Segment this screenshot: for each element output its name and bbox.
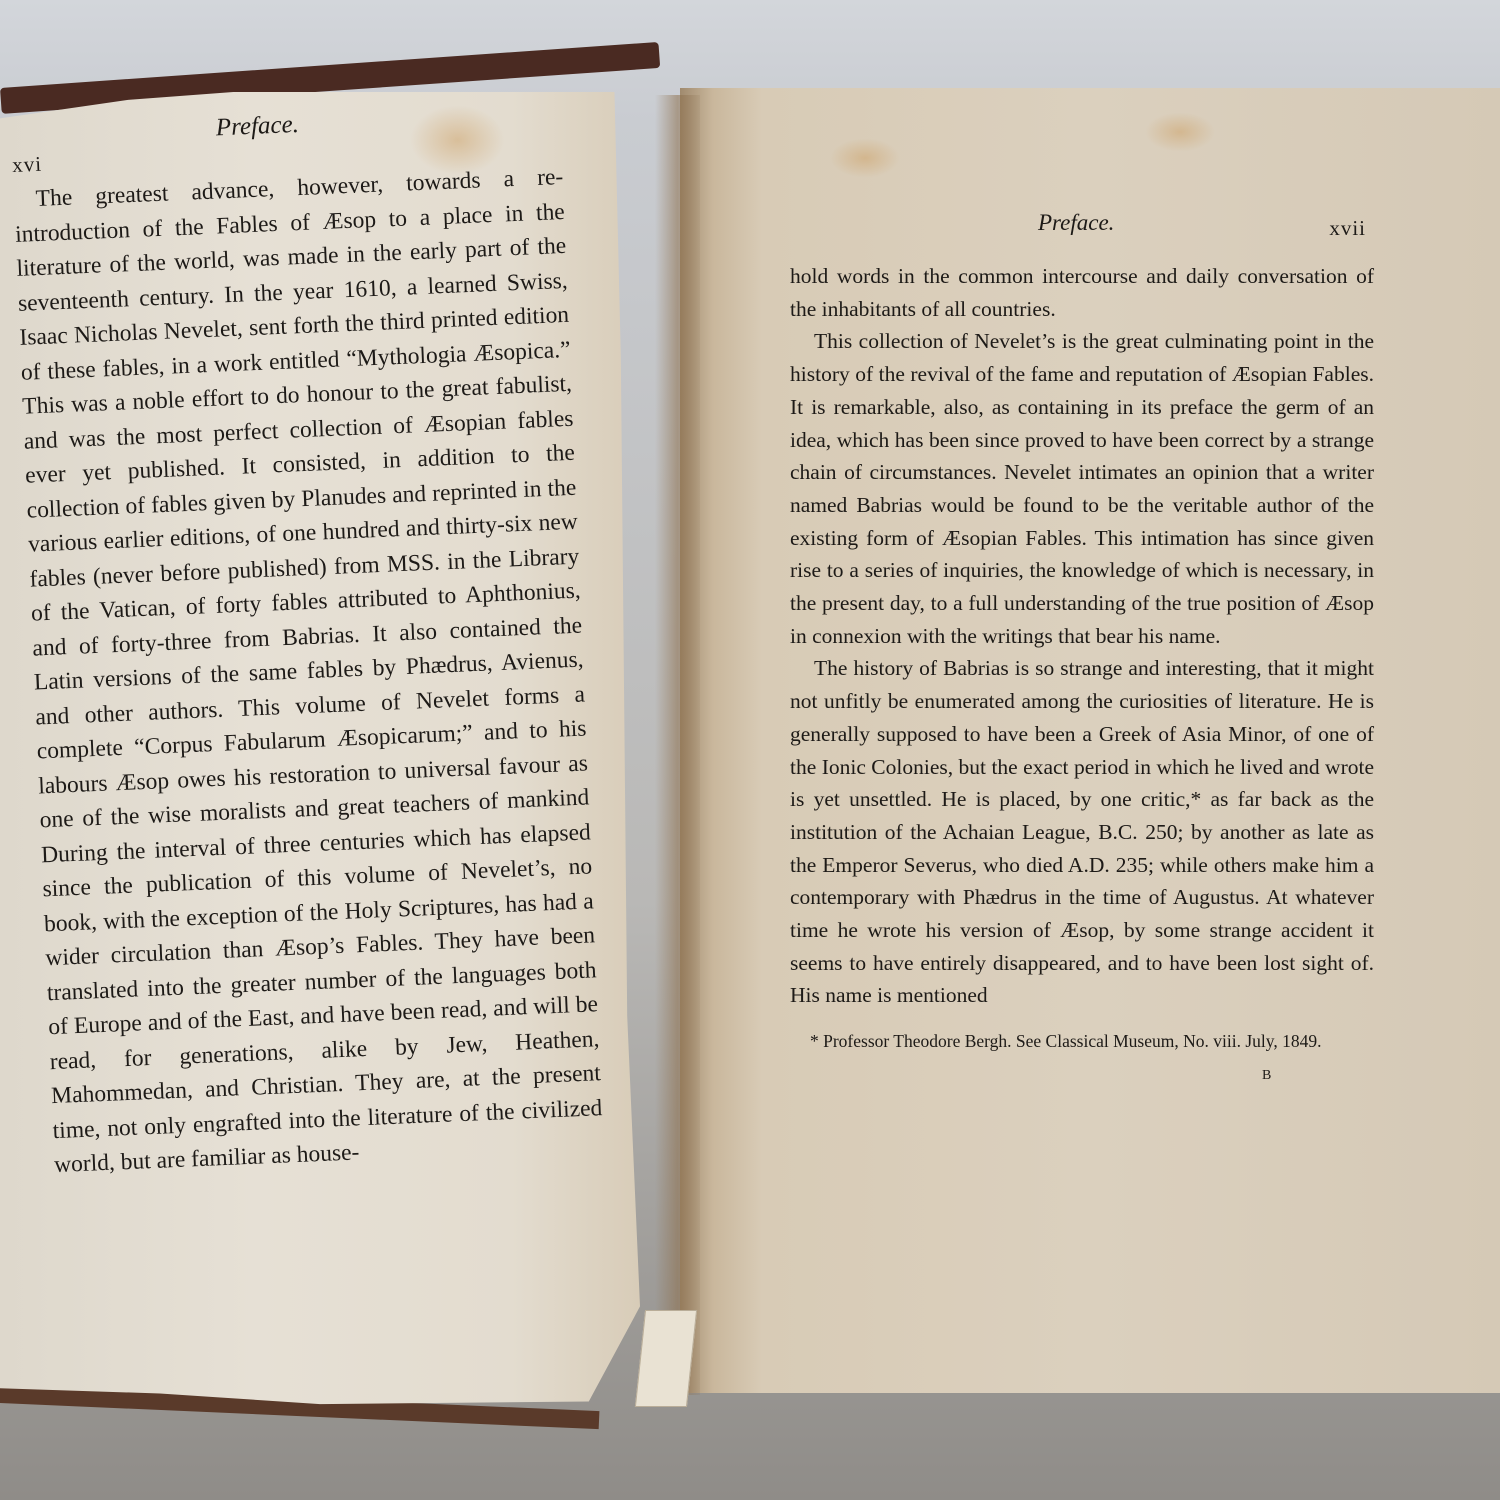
torn-page-fragment xyxy=(635,1310,697,1407)
right-paragraph-2: This collection of Nevelet’s is the grea… xyxy=(790,325,1374,652)
running-head-title-left: Preface. xyxy=(215,111,299,142)
foxing-stain-right-1 xyxy=(830,138,900,178)
footnote: * Professor Theodore Bergh. See Classica… xyxy=(790,1028,1374,1054)
foxing-stain-right-2 xyxy=(1145,112,1215,152)
left-page-text: xvi Preface. The greatest advance, howev… xyxy=(10,100,604,1183)
signature-mark: B xyxy=(1262,1068,1374,1084)
right-paragraph-1: hold words in the common intercourse and… xyxy=(790,260,1374,325)
running-head-title-right: Preface. xyxy=(1038,210,1114,236)
page-number-left: xvi xyxy=(12,152,43,178)
page-number-right: xvii xyxy=(1329,216,1366,241)
right-body: hold words in the common intercourse and… xyxy=(790,260,1374,1012)
right-running-head: Preface. xvii xyxy=(790,210,1374,260)
right-page-text: Preface. xvii hold words in the common i… xyxy=(790,210,1374,1084)
right-paragraph-3: The history of Babrias is so strange and… xyxy=(790,652,1374,1012)
left-paragraph: The greatest advance, however, towards a… xyxy=(13,160,604,1183)
book-gutter-shadow xyxy=(655,95,700,1395)
